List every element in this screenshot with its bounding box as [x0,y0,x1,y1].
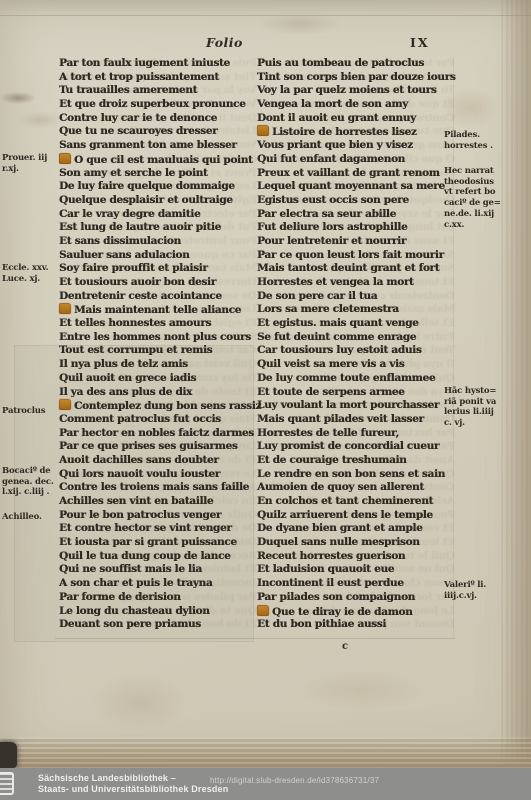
text-line: Horrestes de telle fureur, [257,427,455,441]
text-line: Et tousiours auoir bon desir [59,276,257,290]
text-line: Par electra sa seur abille [257,208,455,222]
footer-url: http://digital.slub-dresden.de/id3786367… [210,776,379,785]
text-line: Soy faire prouffit et plaisir [59,262,257,276]
text-line: Mais maintenant telle aliance [59,303,257,317]
gilded-paragraph-mark-icon [59,303,71,314]
slub-logo-icon [0,772,14,795]
text-line: Qui ne souffist mais le lia [59,563,257,577]
text-line: Car tousiours luy estoit aduis [257,344,455,358]
text-column-left: Par ton faulx iugement iniusteA tort et … [59,57,257,632]
gilded-paragraph-mark-icon [257,605,269,616]
text-line: Aumoien de quoy sen allerent [257,481,455,495]
text-line: Dentretenir ceste acointance [59,290,257,304]
text-column-right: Puis au tombeau de patroclusTint son cor… [257,57,455,632]
library-name-line2: Staats- und Universitätsbibliothek Dresd… [38,784,228,795]
text-line: A son char et puis le trayna [59,577,257,591]
text-line: De son pere car il tua [257,290,455,304]
text-line: Lequel quant moyennant sa mere [257,180,455,194]
text-line: Achilles sen vint en bataille [59,495,257,509]
folio-label: Folio [206,36,243,50]
margin-note-line: Eccle. xxv. [2,263,56,274]
text-line: Et sans dissimulacion [59,235,257,249]
text-line: Entre les hommes nont plus cours [59,331,257,345]
text-line: Et laduision quauoit eue [257,563,455,577]
text-line: Et du bon pithiae aussi [257,618,455,632]
page-top-edge [0,0,531,16]
text-line: Mais tantost deuint grant et fort [257,262,455,276]
text-line: En colchos et tant cheminerent [257,495,455,509]
text-line: Il ya des ans plus de dix [59,386,257,400]
text-line: O que cil est mauluais qui point [59,153,257,167]
text-line: Auoit dachilles sans doubter [59,454,257,468]
text-line: Sans granment ton ame blesser [59,139,257,153]
text-line: Sauluer sans adulacion [59,249,257,263]
text-line: Listoire de horrestes lisez [257,125,455,139]
margin-note-line: Bocaciº de [2,466,56,477]
text-line: Car le vray degre damitie [59,208,257,222]
text-line: Le rendre en son bon sens et sain [257,468,455,482]
text-line: Comment patroclus fut occis [59,413,257,427]
text-line: Et egistus. mais quant venge [257,317,455,331]
text-line: Quil le tua dung coup de lance [59,550,257,564]
text-line: Receut horrestes guerison [257,550,455,564]
text-line: Luy voulant la mort pourchasser [257,399,455,413]
ruling-line-bottom [55,638,455,639]
margin-note-line: Patroclus [2,406,56,417]
text-line: Et iousta par si grant puissance [59,536,257,550]
page-bottom-edge [0,737,531,768]
text-line: Par ce que prises ses guisarmes [59,440,257,454]
gilded-paragraph-mark-icon [59,399,71,410]
text-line: Quilz arriuerent dens le temple [257,509,455,523]
text-line: De luy comme toute enflammee [257,372,455,386]
text-line: Dont il auoit eu grant ennuy [257,112,455,126]
binding-shadow [0,742,17,768]
text-line: Egistus eust occis son pere [257,194,455,208]
text-line: Tint son corps bien par douze iours [257,71,455,85]
text-line: Mais quant pilades veit lasser [257,413,455,427]
text-line: Duquel sans nulle mesprison [257,536,455,550]
text-line: Et contre hector se vint renger [59,522,257,536]
text-line: Quil auoit en grece iadis [59,372,257,386]
text-line: Par pilades son compaignon [257,591,455,605]
text-line: Par ton faulx iugement iniuste [59,57,257,71]
text-line: Quil veist sa mere vis a vis [257,358,455,372]
text-line: De luy faire quelque dommaige [59,180,257,194]
gilded-paragraph-mark-icon [257,125,269,136]
text-line: Voy la par quelz moiens et tours [257,84,455,98]
text-line: Fut deliure lors astrophille [257,221,455,235]
text-line: Son amy et serche le point [59,167,257,181]
signature-mark: c [342,641,348,652]
text-line: Il nya plus de telz amis [59,358,257,372]
text-line: Et que droiz superbeux pronunce [59,98,257,112]
text-line: De dyane bien grant et ample [257,522,455,536]
margin-note-line: Achilleo. [2,512,56,523]
manuscript-scan: Puis au tombeau de patroclusTint son cor… [0,0,531,800]
text-line: Par ce quon leust lors fait mourir [257,249,455,263]
text-line: Qui fut enfant dagamenon [257,153,455,167]
library-footer-bar: Sächsische Landesbibliothek – Staats- un… [0,768,531,800]
text-line: Et de couraige treshumain [257,454,455,468]
text-line: Que tu ne scauroyes dresser [59,125,257,139]
margin-note-line: r.xj. [2,164,56,175]
text-line: Tu trauailles amerement [59,84,257,98]
text-line: Pour le bon patroclus venger [59,509,257,523]
gilded-paragraph-mark-icon [59,153,71,164]
text-line: Horrestes et vengea la mort [257,276,455,290]
text-line: Vous priant que bien y visez [257,139,455,153]
text-line: Qui lors nauoit voulu iouster [59,468,257,482]
margin-note-line: genea. dec. [2,477,56,488]
text-line: Incontinent il eust perdue [257,577,455,591]
text-line: Contemplez dung bon sens rassiz [59,399,257,413]
text-line: Luy promist de concordial cueur [257,440,455,454]
text-line: Se fut deuint comme enrage [257,331,455,345]
text-line: Quelque desplaisir et oultraige [59,194,257,208]
page-fore-edge [501,0,531,768]
text-line: Contre les troiens mais sans faille [59,481,257,495]
margin-note-line: Luce. xj. [2,274,56,285]
text-line: Par forme de derision [59,591,257,605]
library-name-line1: Sächsische Landesbibliothek – [38,773,228,784]
margin-note: Patroclus [2,406,56,417]
folio-number: IX [410,36,430,50]
text-line: Vengea la mort de son amy [257,98,455,112]
margin-note-line: l.xij. c.liij . [2,487,56,498]
margin-note: Eccle. xxv.Luce. xj. [2,263,56,284]
library-name: Sächsische Landesbibliothek – Staats- un… [38,773,228,795]
margin-note-line: Prouer. iij [2,153,56,164]
text-line: Est lung de lautre auoir pitie [59,221,257,235]
text-line: Contre luy car ie te denonce [59,112,257,126]
text-line: Tout est corrumpu et remis [59,344,257,358]
text-line: Lors sa mere cletemestra [257,303,455,317]
text-line: Pour lentretenir et nourrir [257,235,455,249]
margin-note: Achilleo. [2,512,56,523]
text-line: Puis au tombeau de patroclus [257,57,455,71]
text-line: A tort et trop puissantement [59,71,257,85]
margin-note: Prouer. iijr.xj. [2,153,56,174]
text-line: Deuant son pere priamus [59,618,257,632]
text-line: Que te diray ie de damon [257,605,455,619]
text-line: Le long du chasteau dylion [59,605,257,619]
text-line: Et telles honnestes amours [59,317,257,331]
text-line: Preux et vaillant de grant renom [257,167,455,181]
margin-note: Bocaciº degenea. dec.l.xij. c.liij . [2,466,56,498]
text-line: Par hector en nobles faictz darmes [59,427,257,441]
book-page: Puis au tombeau de patroclusTint son cor… [0,0,531,768]
text-line: Et toute de serpens armee [257,386,455,400]
